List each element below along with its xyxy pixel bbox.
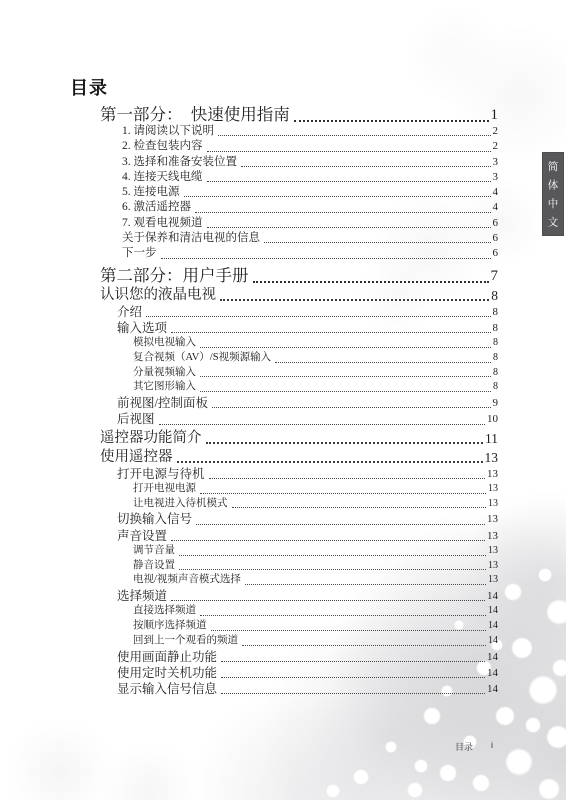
toc-entry: 使用定时关机功能14 xyxy=(117,665,498,681)
dot-leader xyxy=(294,120,489,122)
toc-entry: 切换输入信号13 xyxy=(117,511,498,527)
toc-entry: 模拟电视输入8 xyxy=(133,336,498,351)
toc-entry: 使用遥控器13 xyxy=(100,449,498,466)
toc-entry: 使用画面静止功能14 xyxy=(117,649,498,665)
dot-leader xyxy=(218,135,491,136)
toc-entry: 静音设置13 xyxy=(133,559,498,574)
toc-entry-page: 2 xyxy=(493,124,499,139)
dot-leader xyxy=(146,316,490,317)
toc-entry-page: 13 xyxy=(488,497,498,512)
toc-entry-page: 4 xyxy=(493,185,499,200)
toc-entry-label: 显示输入信号信息 xyxy=(117,681,217,697)
toc-entry-label: 让电视进入待机模式 xyxy=(133,497,228,512)
toc-entry-page: 14 xyxy=(487,649,498,665)
toc-entry-page: 10 xyxy=(487,411,498,427)
toc-entry: 直接选择频道14 xyxy=(133,604,498,619)
toc-entry-label: 第二部分：用户手册 xyxy=(100,267,249,285)
dot-leader xyxy=(171,332,490,333)
dot-leader xyxy=(275,362,491,363)
toc-entry-label: 下一步 xyxy=(122,246,157,261)
language-edge-tab: 简体中文 xyxy=(542,152,564,236)
toc-entry-label: 使用定时关机功能 xyxy=(117,665,217,681)
toc-entry: 后视图10 xyxy=(117,411,498,427)
page-title: 目录 xyxy=(70,74,498,100)
toc-entry: 2. 检查包装内容2 xyxy=(122,139,498,154)
toc-entry-label: 打开电视电源 xyxy=(133,482,196,497)
toc-entry: 3. 选择和准备安装位置3 xyxy=(122,155,498,170)
toc-entry-page: 7 xyxy=(491,267,499,285)
toc-entry-page: 3 xyxy=(493,155,499,170)
toc-entry: 4. 连接天线电缆3 xyxy=(122,170,498,185)
toc-entry-label: 第一部分： 快速使用指南 xyxy=(100,106,290,124)
toc-entry: 介绍8 xyxy=(117,304,498,320)
toc-entry-label: 5. 连接电源 xyxy=(122,185,180,200)
toc-entry-label: 7. 观看电视频道 xyxy=(122,216,203,231)
toc-entry: 1. 请阅读以下说明2 xyxy=(122,124,498,139)
toc-entry-page: 13 xyxy=(487,528,498,544)
dot-leader xyxy=(207,151,491,152)
dot-leader xyxy=(220,299,489,301)
toc-entry-page: 14 xyxy=(487,681,498,697)
toc-entry-page: 6 xyxy=(493,231,499,246)
toc-entry-label: 按顺序选择频道 xyxy=(133,619,207,634)
toc-entry-label: 3. 选择和准备安装位置 xyxy=(122,155,237,170)
toc-entry-label: 声音设置 xyxy=(117,528,167,544)
dot-leader xyxy=(179,569,486,570)
toc-entry-page: 13 xyxy=(488,573,498,588)
toc-entry: 6. 激活遥控器4 xyxy=(122,200,498,215)
toc-entry: 让电视进入待机模式13 xyxy=(133,497,498,512)
toc-content: 目录 第一部分： 快速使用指南11. 请阅读以下说明22. 检查包装内容23. … xyxy=(70,74,498,697)
dot-leader xyxy=(209,478,485,479)
toc-entry-page: 6 xyxy=(493,216,499,231)
toc-entry-label: 调节音量 xyxy=(133,544,175,559)
toc-entry-page: 8 xyxy=(493,380,498,395)
dot-leader xyxy=(195,212,491,213)
toc-entry: 输入选项8 xyxy=(117,320,498,336)
toc-entry-label: 电视/视频声音模式选择 xyxy=(133,573,241,588)
toc-entry-page: 4 xyxy=(493,200,499,215)
dot-leader xyxy=(264,242,491,243)
toc-entry-label: 1. 请阅读以下说明 xyxy=(122,124,214,139)
toc-entry-label: 切换输入信号 xyxy=(117,511,192,527)
toc-entry: 下一步6 xyxy=(122,246,498,261)
toc-entry: 选择频道14 xyxy=(117,588,498,604)
dot-leader xyxy=(200,615,486,616)
dot-leader xyxy=(159,424,485,425)
dot-leader xyxy=(177,461,483,463)
toc-entry-page: 13 xyxy=(488,559,498,574)
toc-entry-label: 静音设置 xyxy=(133,559,175,574)
dot-leader xyxy=(200,493,486,494)
toc-entry: 第二部分：用户手册7 xyxy=(100,267,498,285)
toc-entry: 前视图/控制面板9 xyxy=(117,395,498,411)
toc-entry: 第一部分： 快速使用指南1 xyxy=(100,106,498,124)
dot-leader xyxy=(221,661,485,662)
dot-leader xyxy=(171,540,485,541)
toc-entry-label: 选择频道 xyxy=(117,588,167,604)
page-footer: 目录 i xyxy=(455,740,493,753)
toc-entry: 声音设置13 xyxy=(117,528,498,544)
toc-entry-page: 14 xyxy=(488,634,498,649)
toc-entry: 5. 连接电源4 xyxy=(122,185,498,200)
toc-entry: 打开电源与待机13 xyxy=(117,466,498,482)
toc-entry: 显示输入信号信息14 xyxy=(117,681,498,697)
dot-leader xyxy=(206,442,484,444)
dot-leader xyxy=(221,677,485,678)
toc-entry-page: 2 xyxy=(493,139,499,154)
toc-entry-page: 14 xyxy=(488,604,498,619)
dot-leader xyxy=(232,507,487,508)
toc-entry: 7. 观看电视频道6 xyxy=(122,216,498,231)
toc-entry: 电视/视频声音模式选择13 xyxy=(133,573,498,588)
toc-entry-page: 13 xyxy=(487,511,498,527)
toc-entry-page: 8 xyxy=(493,304,499,320)
toc-entry-page: 9 xyxy=(493,395,499,411)
toc-entry-label: 使用遥控器 xyxy=(100,449,173,466)
toc-entry-label: 使用画面静止功能 xyxy=(117,649,217,665)
dot-leader xyxy=(200,391,491,392)
toc-entry-label: 输入选项 xyxy=(117,320,167,336)
dot-leader xyxy=(200,347,491,348)
toc-entry: 关于保养和清洁电视的信息6 xyxy=(122,231,498,246)
toc-entry-page: 8 xyxy=(493,320,499,336)
toc-entry: 调节音量13 xyxy=(133,544,498,559)
toc-entry: 分量视频输入8 xyxy=(133,366,498,381)
toc-entry-page: 13 xyxy=(488,544,498,559)
manual-toc-page: 简体中文 目录 第一部分： 快速使用指南11. 请阅读以下说明22. 检查包装内… xyxy=(0,0,566,800)
toc-entry-page: 14 xyxy=(487,665,498,681)
toc-entry-label: 模拟电视输入 xyxy=(133,336,196,351)
dot-leader xyxy=(221,693,485,694)
dot-leader xyxy=(212,407,491,408)
toc-entry-page: 14 xyxy=(488,619,498,634)
dot-leader xyxy=(245,584,486,585)
dot-leader xyxy=(253,281,489,283)
toc-entry-label: 其它图形输入 xyxy=(133,380,196,395)
toc-entry-label: 打开电源与待机 xyxy=(117,466,205,482)
dot-leader xyxy=(207,181,491,182)
language-tab-label: 简体中文 xyxy=(546,153,561,235)
toc-entry-label: 2. 检查包装内容 xyxy=(122,139,203,154)
dot-leader xyxy=(200,376,491,377)
toc-entry-label: 6. 激活遥控器 xyxy=(122,200,191,215)
toc-entry: 认识您的液晶电视8 xyxy=(100,287,498,304)
dot-leader xyxy=(161,258,491,259)
toc-entry-page: 13 xyxy=(488,482,498,497)
dot-leader xyxy=(211,630,487,631)
dot-leader xyxy=(184,196,491,197)
dot-leader xyxy=(171,600,485,601)
toc-entry-label: 遥控器功能简介 xyxy=(100,430,202,447)
toc-entry: 复合视频（AV）/S视频源输入8 xyxy=(133,351,498,366)
toc-entry-page: 8 xyxy=(491,287,498,304)
toc-entry-label: 回到上一个观看的频道 xyxy=(133,634,238,649)
toc-entry: 按顺序选择频道14 xyxy=(133,619,498,634)
dot-leader xyxy=(196,524,485,525)
toc-entry-page: 13 xyxy=(487,466,498,482)
toc-entry-label: 介绍 xyxy=(117,304,142,320)
dot-leader xyxy=(179,555,486,556)
toc-entry-label: 认识您的液晶电视 xyxy=(100,287,216,304)
toc-entry-label: 关于保养和清洁电视的信息 xyxy=(122,231,260,246)
toc-entry: 其它图形输入8 xyxy=(133,380,498,395)
toc-entry-label: 复合视频（AV）/S视频源输入 xyxy=(133,351,271,366)
toc-entry-page: 3 xyxy=(493,170,499,185)
toc-entry-label: 前视图/控制面板 xyxy=(117,395,208,411)
toc-entry-page: 13 xyxy=(485,449,499,466)
toc-entry-label: 直接选择频道 xyxy=(133,604,196,619)
toc-entry-page: 1 xyxy=(491,106,499,124)
toc-entry-page: 11 xyxy=(485,430,498,447)
toc-entry-page: 6 xyxy=(493,246,499,261)
toc-entry: 打开电视电源13 xyxy=(133,482,498,497)
toc-entry-page: 8 xyxy=(493,351,498,366)
dot-leader xyxy=(241,166,491,167)
toc-list: 第一部分： 快速使用指南11. 请阅读以下说明22. 检查包装内容23. 选择和… xyxy=(70,106,498,697)
toc-entry-label: 4. 连接天线电缆 xyxy=(122,170,203,185)
toc-entry: 回到上一个观看的频道14 xyxy=(133,634,498,649)
toc-entry-label: 后视图 xyxy=(117,411,155,427)
toc-entry-label: 分量视频输入 xyxy=(133,366,196,381)
toc-entry-page: 8 xyxy=(493,366,498,381)
toc-entry: 遥控器功能简介11 xyxy=(100,430,498,447)
toc-entry-page: 14 xyxy=(487,588,498,604)
toc-entry-page: 8 xyxy=(493,336,498,351)
footer-page-number: i xyxy=(491,740,493,753)
dot-leader xyxy=(207,227,491,228)
dot-leader xyxy=(242,645,486,646)
footer-section-label: 目录 xyxy=(455,740,473,753)
